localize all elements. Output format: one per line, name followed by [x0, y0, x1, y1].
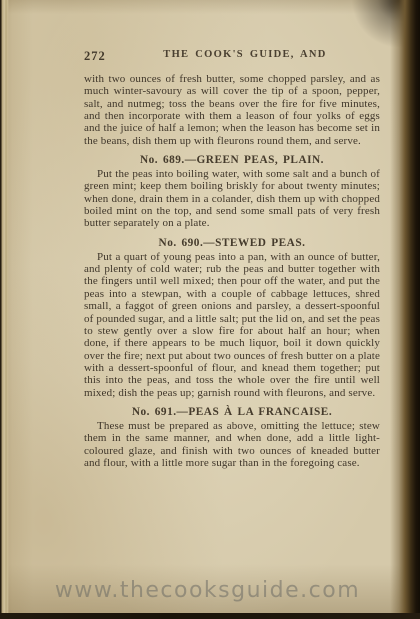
running-header-row: 272 THE COOK'S GUIDE, AND: [84, 49, 380, 64]
recipe-body-green-peas-plain: Put the peas into boiling water, with so…: [84, 168, 380, 230]
book-page-edges-bottom: [2, 604, 132, 613]
continuation-paragraph: with two ounces of fresh butter, some ch…: [84, 73, 380, 147]
running-header: THE COOK'S GUIDE, AND: [84, 49, 380, 60]
page-number: 272: [84, 49, 106, 64]
recipe-body-peas-a-la-francaise: These must be prepared as above, omittin…: [84, 420, 380, 469]
recipe-heading-peas-a-la-francaise: No. 691.—PEAS À LA FRANCAISE.: [84, 406, 380, 418]
book-page-edges-left: [0, 0, 9, 619]
watermark-text: www.thecooksguide.com: [3, 578, 412, 603]
recipe-heading-stewed-peas: No. 690.—STEWED PEAS.: [84, 237, 380, 249]
scanned-book-page: 272 THE COOK'S GUIDE, AND with two ounce…: [0, 0, 420, 619]
page-content: 272 THE COOK'S GUIDE, AND with two ounce…: [84, 0, 380, 469]
photo-dark-bottom-edge: [0, 613, 420, 619]
recipe-body-stewed-peas: Put a quart of young peas into a pan, wi…: [84, 251, 380, 399]
book-spine-edge-right: [390, 0, 420, 619]
page-paper: 272 THE COOK'S GUIDE, AND with two ounce…: [3, 0, 412, 613]
recipe-heading-green-peas-plain: No. 689.—GREEN PEAS, PLAIN.: [84, 154, 380, 166]
